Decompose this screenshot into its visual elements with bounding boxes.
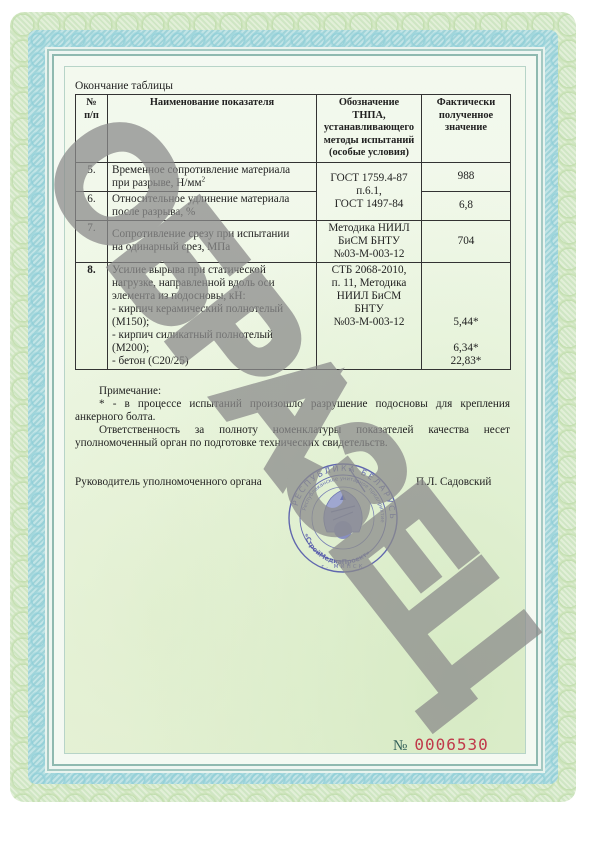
- notes-footnote: * - в процессе испытаний произошло разру…: [75, 398, 510, 424]
- row-tnpa: Методика НИИЛ БиСМ БНТУ №03-М-003-12: [317, 220, 422, 262]
- header-value: Фактически полученное значение: [422, 95, 511, 163]
- header-name: Наименование показателя: [108, 95, 317, 163]
- notes-responsibility: Ответственность за полноту номенклатуры …: [75, 424, 510, 450]
- test-results-table: № п/п Наименование показателя Обозначени…: [75, 94, 511, 370]
- serial-digits: 0006530: [414, 735, 488, 754]
- table-header-row: № п/п Наименование показателя Обозначени…: [76, 95, 511, 163]
- row-num: 6.: [76, 191, 108, 220]
- signatory-name: П.Л. Садовский: [416, 476, 491, 488]
- table-row: 6. Относительное удлинение материала пос…: [76, 191, 511, 220]
- notes-title: Примечание:: [75, 385, 510, 398]
- row-tnpa: ГОСТ 1759.4-87 п.6.1, ГОСТ 1497-84: [317, 162, 422, 220]
- header-tnpa: Обозначение ТНПА, устанавливающего метод…: [317, 95, 422, 163]
- row-name: Временное сопротивление материала при ра…: [108, 162, 317, 191]
- row-tnpa: СТБ 2068-2010, п. 11, Методика НИИЛ БиСМ…: [317, 262, 422, 369]
- certificate-content: Окончание таблицы № п/п Наименование пок…: [75, 80, 510, 450]
- table-row: 8. Усилие вырыва при статической нагрузк…: [76, 262, 511, 369]
- serial-number: №0006530: [393, 735, 489, 755]
- row-name: Сопротивление срезу при испытании на оди…: [108, 220, 317, 262]
- table-row: 7. Сопротивление срезу при испытании на …: [76, 220, 511, 262]
- row-value: 6,8: [422, 191, 511, 220]
- row-num: 7.: [76, 220, 108, 262]
- stamp-text-org: «СтройМедиаПроект»: [302, 532, 372, 566]
- header-num: № п/п: [76, 95, 108, 163]
- row-value: 988: [422, 162, 511, 191]
- serial-prefix: №: [393, 738, 408, 754]
- table-caption: Окончание таблицы: [75, 80, 510, 93]
- row-num: 8.: [76, 262, 108, 369]
- signatory-role: Руководитель уполномоченного органа: [75, 476, 262, 488]
- official-stamp-icon: РЕСПУБЛИКА БЕЛАРУСЬ Республиканское унит…: [287, 462, 399, 574]
- row-values: 5,44* 6,34* 22,83*: [422, 262, 511, 369]
- row-value: 704: [422, 220, 511, 262]
- row-name: Относительное удлинение материала после …: [108, 191, 317, 220]
- row-num: 5.: [76, 162, 108, 191]
- notes: Примечание: * - в процессе испытаний про…: [75, 385, 510, 450]
- svg-text:«СтройМедиаПроект»: «СтройМедиаПроект»: [302, 532, 372, 566]
- stamp-text-city: г. МИНСК: [321, 564, 364, 570]
- table-row: 5. Временное сопротивление материала при…: [76, 162, 511, 191]
- row-name: Усилие вырыва при статической нагрузке, …: [108, 262, 317, 369]
